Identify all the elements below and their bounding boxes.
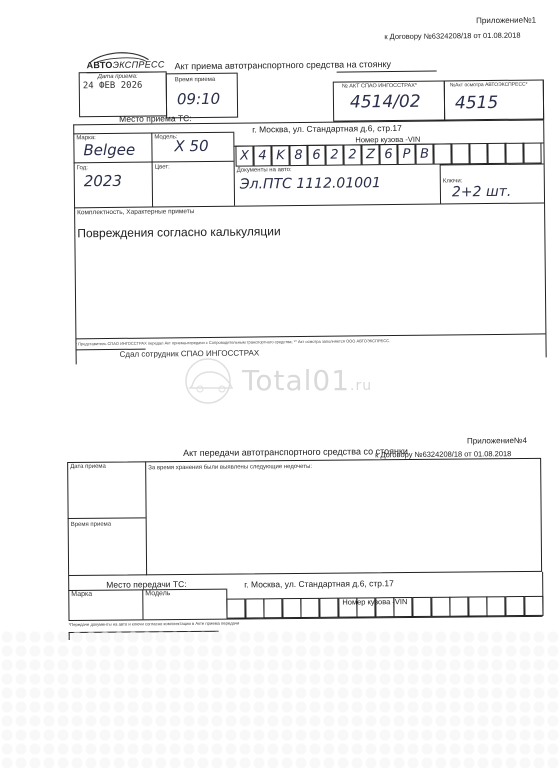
vin-char-cell[interactable] <box>505 596 524 616</box>
vin-char-cell[interactable] <box>524 596 543 616</box>
vin-char-cell[interactable] <box>245 598 264 618</box>
vin-char-cell[interactable] <box>450 597 469 617</box>
vin-char-cell[interactable] <box>375 597 394 617</box>
time-field-2[interactable] <box>70 529 144 574</box>
footnote-2: *Передаче документы на авто и ключи согл… <box>69 621 240 627</box>
vin-char-cell[interactable] <box>487 596 506 616</box>
vin-char-cell[interactable] <box>226 598 245 618</box>
vin-char-cell[interactable] <box>431 597 450 617</box>
date-label-2: Дата приема <box>70 464 106 470</box>
vin-char-cell[interactable] <box>394 597 413 617</box>
vin-grid-2[interactable] <box>0 0 555 3</box>
vin-char-cell[interactable] <box>301 598 320 618</box>
brand-field-2[interactable] <box>70 599 140 618</box>
vin-char-cell[interactable] <box>338 598 357 618</box>
vin-char-cell[interactable] <box>468 596 487 616</box>
act2-title: Акт передачи автотранспортного средства … <box>183 446 408 458</box>
date-field-2[interactable] <box>69 471 143 516</box>
paper-texture <box>0 630 560 768</box>
vin-char-cell[interactable] <box>357 597 376 617</box>
place-value-2: г. Москва, ул. Стандартная д.6, стр.17 <box>244 578 394 589</box>
place-label-2: Место передачи ТС: <box>106 579 186 590</box>
defects-field[interactable] <box>149 476 538 571</box>
vin-char-cell[interactable] <box>412 597 431 617</box>
vin-char-cell[interactable] <box>282 598 301 618</box>
appendix-4-label: Приложение№4 <box>467 436 527 446</box>
model-label-2: Модель <box>145 590 170 597</box>
vin-char-cell[interactable] <box>264 598 283 618</box>
model-field-2[interactable] <box>144 599 224 618</box>
time-label-2: Время приема <box>71 522 112 528</box>
vin-char-cell[interactable] <box>319 598 338 618</box>
brand-label-2: Марка <box>71 591 92 598</box>
